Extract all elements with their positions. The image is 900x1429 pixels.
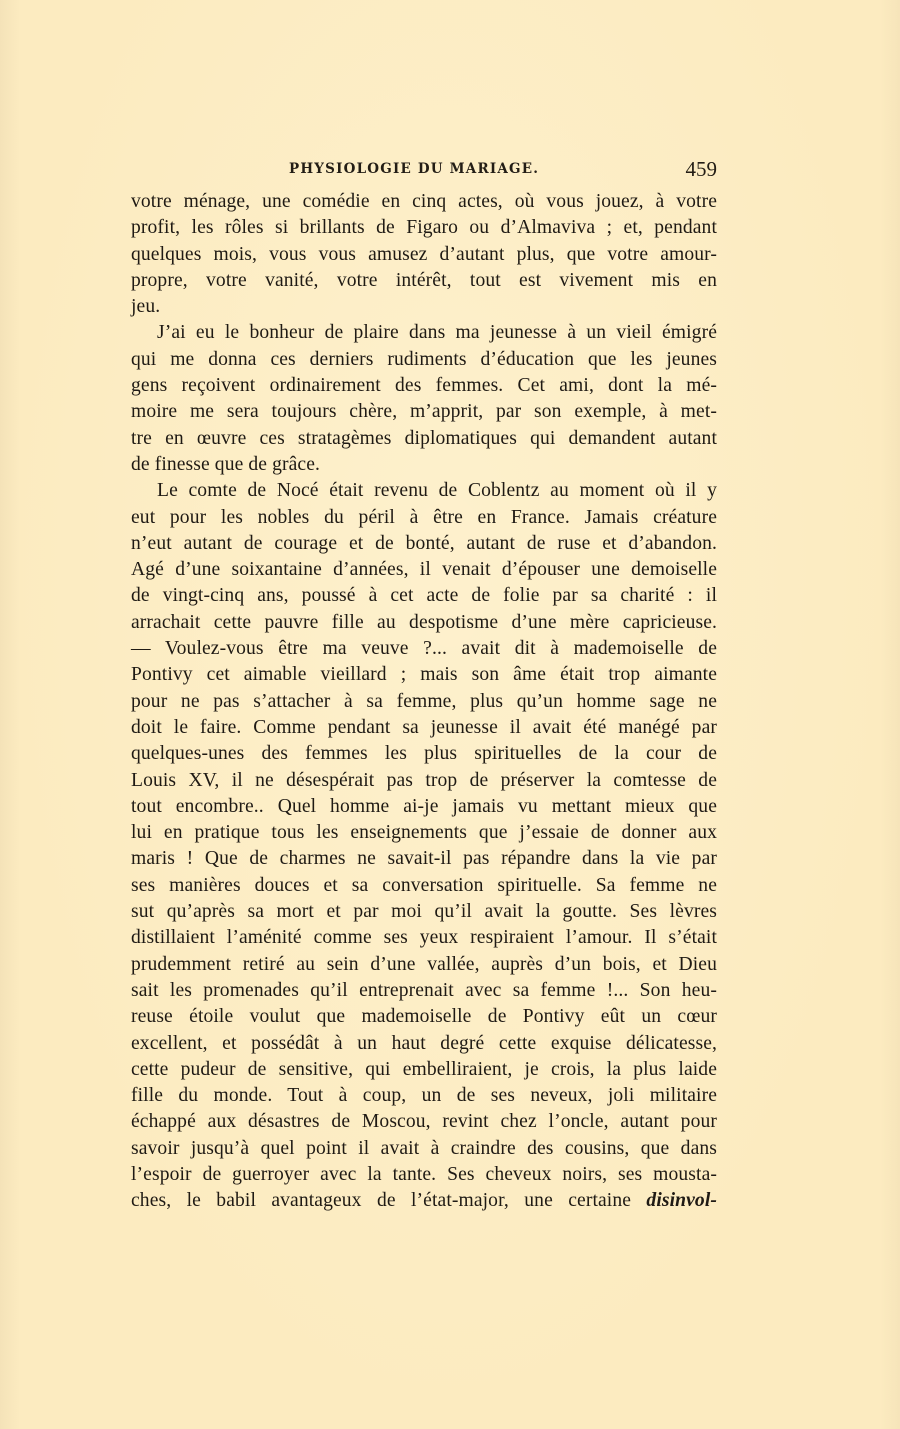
- text-line: quelques mois, vous vous amusez d’autant…: [131, 242, 717, 268]
- text-line: arrachait cette pauvre fille au despotis…: [131, 610, 717, 636]
- text-line: cette pudeur de sensitive, qui embellira…: [131, 1057, 717, 1083]
- body-text: votre ménage, une comédie en cinq actes,…: [131, 189, 717, 1215]
- book-page: PHYSIOLOGIE DU MARIAGE. 459 votre ménage…: [131, 155, 717, 1215]
- final-line-text: ches, le babil avantageux de l’état-majo…: [131, 1190, 646, 1211]
- text-line: profit, les rôles si brillants de Figaro…: [131, 215, 717, 241]
- text-line: propre, votre vanité, votre intérêt, tou…: [131, 268, 717, 294]
- text-line: ses manières douces et sa conversation s…: [131, 873, 717, 899]
- text-line: eut pour les nobles du péril à être en F…: [131, 505, 717, 531]
- text-line: excellent, et possédât à un haut degré c…: [131, 1031, 717, 1057]
- paragraph-1: votre ménage, une comédie en cinq actes,…: [131, 189, 717, 320]
- text-line: sut qu’après sa mort et par moi qu’il av…: [131, 899, 717, 925]
- text-line: fille du monde. Tout à coup, un de ses n…: [131, 1083, 717, 1109]
- text-line: reuse étoile voulut que mademoiselle de …: [131, 1004, 717, 1030]
- text-line: pour ne pas s’attacher à sa femme, plus …: [131, 689, 717, 715]
- text-line: Louis XV, il ne désespérait pas trop de …: [131, 768, 717, 794]
- paragraph-2: J’ai eu le bonheur de plaire dans ma jeu…: [131, 320, 717, 478]
- text-line: moire me sera toujours chère, m’apprit, …: [131, 399, 717, 425]
- text-line-final: ches, le babil avantageux de l’état-majo…: [131, 1188, 717, 1214]
- text-line: Agé d’une soixantaine d’années, il venai…: [131, 557, 717, 583]
- text-line: doit le faire. Comme pendant sa jeunesse…: [131, 715, 717, 741]
- text-line: Pontivy cet aimable vieillard ; mais son…: [131, 662, 717, 688]
- text-line: l’espoir de guerroyer avec la tante. Ses…: [131, 1162, 717, 1188]
- text-line: jeu.: [131, 294, 717, 320]
- text-line: quelques-unes des femmes les plus spirit…: [131, 741, 717, 767]
- running-head: PHYSIOLOGIE DU MARIAGE. 459: [131, 155, 717, 189]
- text-line: lui en pratique tous les enseignements q…: [131, 820, 717, 846]
- text-line: de vingt-cinq ans, poussé à cet acte de …: [131, 583, 717, 609]
- paragraph-3: Le comte de Nocé était revenu de Coblent…: [131, 478, 717, 1214]
- text-line: tre en œuvre ces stratagèmes diplomatiqu…: [131, 426, 717, 452]
- text-line: votre ménage, une comédie en cinq actes,…: [131, 189, 717, 215]
- text-line: maris ! Que de charmes ne savait-il pas …: [131, 846, 717, 872]
- text-line: de finesse que de grâce.: [131, 452, 717, 478]
- italic-word: disinvol-: [646, 1190, 717, 1211]
- text-line: Le comte de Nocé était revenu de Coblent…: [131, 478, 717, 504]
- running-title: PHYSIOLOGIE DU MARIAGE.: [289, 161, 539, 177]
- text-line: — Voulez-vous être ma veuve ?... avait d…: [131, 636, 717, 662]
- text-line: n’eut autant de courage et de bonté, aut…: [131, 531, 717, 557]
- text-line: tout encombre.. Quel homme ai-je jamais …: [131, 794, 717, 820]
- text-line: sait les promenades qu’il entreprenait a…: [131, 978, 717, 1004]
- page-number: 459: [686, 157, 718, 182]
- text-line: qui me donna ces derniers rudiments d’éd…: [131, 347, 717, 373]
- text-line: gens reçoivent ordinairement des femmes.…: [131, 373, 717, 399]
- text-line: échappé aux désastres de Moscou, revint …: [131, 1109, 717, 1135]
- text-line: distillaient l’aménité comme ses yeux re…: [131, 925, 717, 951]
- text-line: savoir jusqu’à quel point il avait à cra…: [131, 1136, 717, 1162]
- text-line: prudemment retiré au sein d’une vallée, …: [131, 952, 717, 978]
- text-line: J’ai eu le bonheur de plaire dans ma jeu…: [131, 320, 717, 346]
